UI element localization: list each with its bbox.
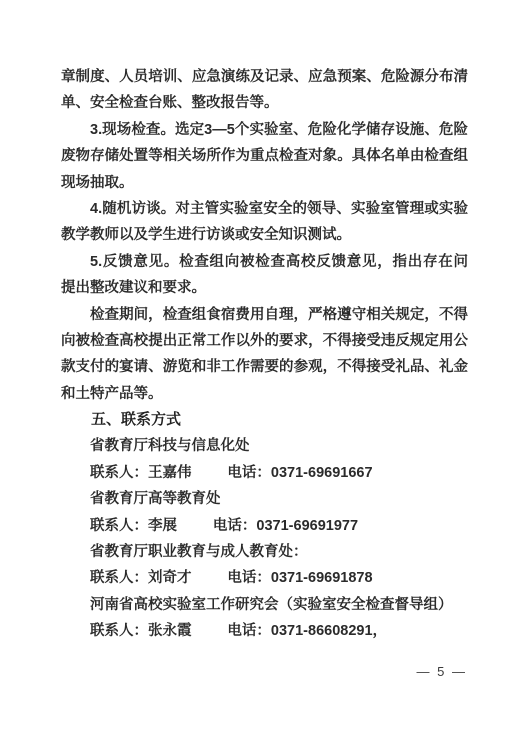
page-footer: — 5 — xyxy=(417,664,467,679)
body-line: 5.反馈意见。检查组向被检查高校反馈意见，指出存在问题， xyxy=(61,249,468,275)
contact-person: 联系人：张永霞 xyxy=(90,623,192,639)
page-number: — 5 — xyxy=(417,664,467,679)
contact-org: 省教育厅科技与信息化处 xyxy=(61,433,468,459)
body-line: 废物存储处置等相关场所作为重点检查对象。具体名单由检查组 xyxy=(61,143,468,169)
contact-person: 联系人：李展 xyxy=(90,518,177,534)
contact-person: 联系人：王嘉伟 xyxy=(90,465,192,481)
body-line: 现场抽取。 xyxy=(61,170,468,196)
body-line: 提出整改建议和要求。 xyxy=(61,275,468,301)
contact-org: 河南省高校实验室工作研究会（实验室安全检查督导组） xyxy=(61,592,468,618)
contact-row: 联系人：张永霞 电话：0371-86608291，13613826117 xyxy=(61,618,468,644)
contact-phone: 电话：0371-69691977 xyxy=(213,518,358,534)
contact-org: 省教育厅职业教育与成人教育处： xyxy=(61,539,468,565)
body-line: 4.随机访谈。对主管实验室安全的领导、实验室管理或实验 xyxy=(61,196,468,222)
contact-row: 联系人：刘奇才 电话：0371-69691878 xyxy=(61,565,468,591)
body-line: 教学教师以及学生进行访谈或安全知识测试。 xyxy=(61,222,468,248)
body-line: 和土特产品等。 xyxy=(61,381,468,407)
body-line: 单、安全检查台账、整改报告等。 xyxy=(61,90,468,116)
document-body: 章制度、人员培训、应急演练及记录、应急预案、危险源分布清 单、安全检查台账、整改… xyxy=(61,64,468,645)
contact-org: 省教育厅高等教育处 xyxy=(61,486,468,512)
contact-row: 联系人：王嘉伟 电话：0371-69691667 xyxy=(61,460,468,486)
body-line: 3.现场检查。选定3—5个实验室、危险化学储存设施、危险 xyxy=(61,117,468,143)
body-line: 检查期间，检查组食宿费用自理，严格遵守相关规定，不得 xyxy=(61,302,468,328)
body-line: 章制度、人员培训、应急演练及记录、应急预案、危险源分布清 xyxy=(61,64,468,90)
body-line: 向被检查高校提出正常工作以外的要求，不得接受违反规定用公 xyxy=(61,328,468,354)
body-line: 款支付的宴请、游览和非工作需要的参观，不得接受礼品、礼金 xyxy=(61,354,468,380)
section-heading-contact-info: 五、联系方式 xyxy=(61,407,468,433)
contact-person: 联系人：刘奇才 xyxy=(90,570,192,586)
document-page: 章制度、人员培训、应急演练及记录、应急预案、危险源分布清 单、安全检查台账、整改… xyxy=(0,0,530,749)
contact-phone: 电话：0371-69691667 xyxy=(227,465,372,481)
contact-phone: 电话：0371-69691878 xyxy=(227,570,372,586)
contact-row: 联系人：李展 电话：0371-69691977 xyxy=(61,513,468,539)
